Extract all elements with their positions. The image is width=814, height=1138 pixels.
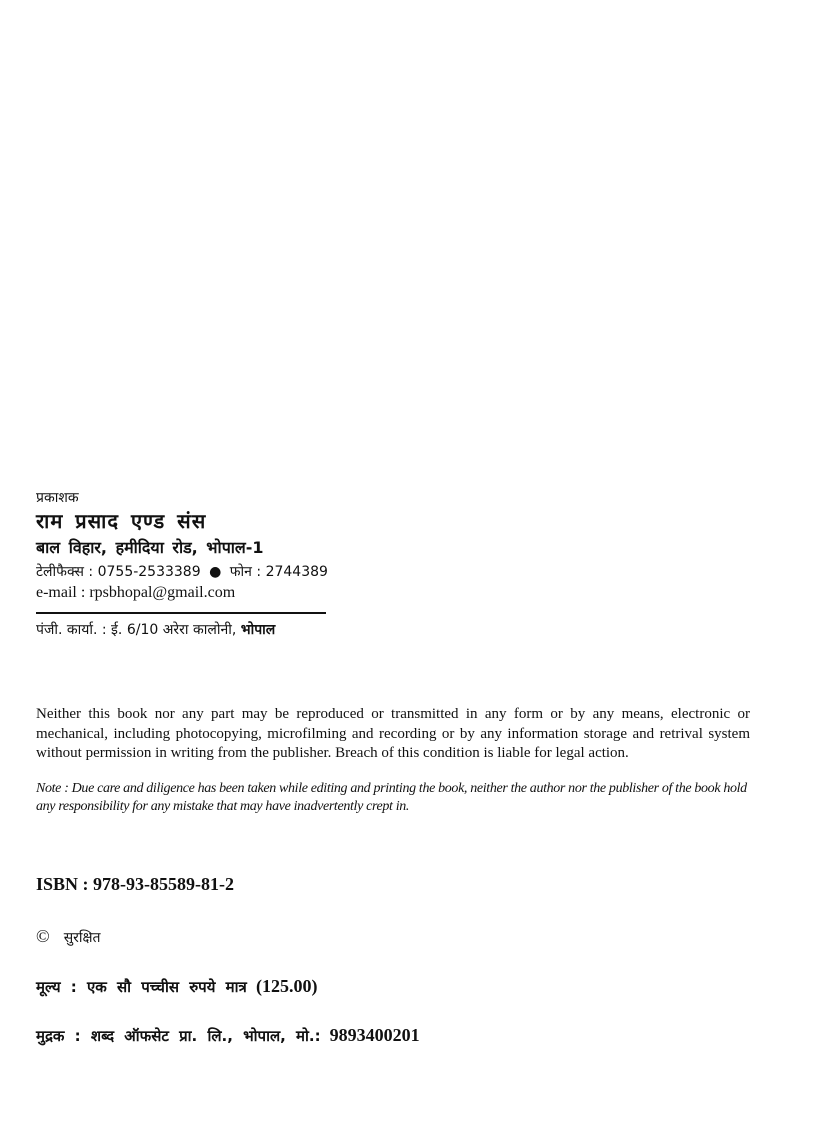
copyright-icon: © <box>36 926 50 946</box>
rights-notice: Neither this book nor any part may be re… <box>36 705 750 764</box>
registered-office: पंजी. कार्या. : ई. 6/10 अरेरा कालोनी, भो… <box>36 620 275 639</box>
publisher-email: e-mail : rpsbhopal@gmail.com <box>36 584 235 602</box>
publisher-contact: टेलीफैक्स : 0755-2533389 ● फोन : 2744389 <box>36 562 328 581</box>
price-amount: (125.00) <box>256 976 318 996</box>
publisher-label: प्रकाशक <box>36 488 79 507</box>
copyright-line: © सुरक्षित <box>36 926 101 947</box>
publisher-name: राम प्रसाद एण्ड संस <box>36 507 206 534</box>
printer-label: मुद्रक : शब्द ऑफसेट प्रा. लि., भोपाल, मो… <box>36 1027 321 1045</box>
phone-number: फोन : 2744389 <box>230 564 328 580</box>
bullet-separator-icon: ● <box>209 564 221 580</box>
price-line: मूल्य : एक सौ पच्चीस रुपये मात्र (125.00… <box>36 976 318 997</box>
printer-line: मुद्रक : शब्द ऑफसेट प्रा. लि., भोपाल, मो… <box>36 1025 420 1046</box>
disclaimer-note: Note : Due care and diligence has been t… <box>36 780 754 816</box>
registered-office-city: भोपाल <box>241 622 276 638</box>
registered-office-address: पंजी. कार्या. : ई. 6/10 अरेरा कालोनी, <box>36 622 236 638</box>
publisher-address: बाल विहार, हमीदिया रोड, भोपाल-1 <box>36 536 264 558</box>
price-label: मूल्य : एक सौ पच्चीस रुपये मात्र <box>36 978 247 996</box>
divider-rule <box>36 612 326 614</box>
isbn: ISBN : 978-93-85589-81-2 <box>36 874 234 895</box>
telefax-number: टेलीफैक्स : 0755-2533389 <box>36 564 201 580</box>
printer-phone: 9893400201 <box>330 1025 420 1045</box>
copyright-text: सुरक्षित <box>64 930 101 946</box>
